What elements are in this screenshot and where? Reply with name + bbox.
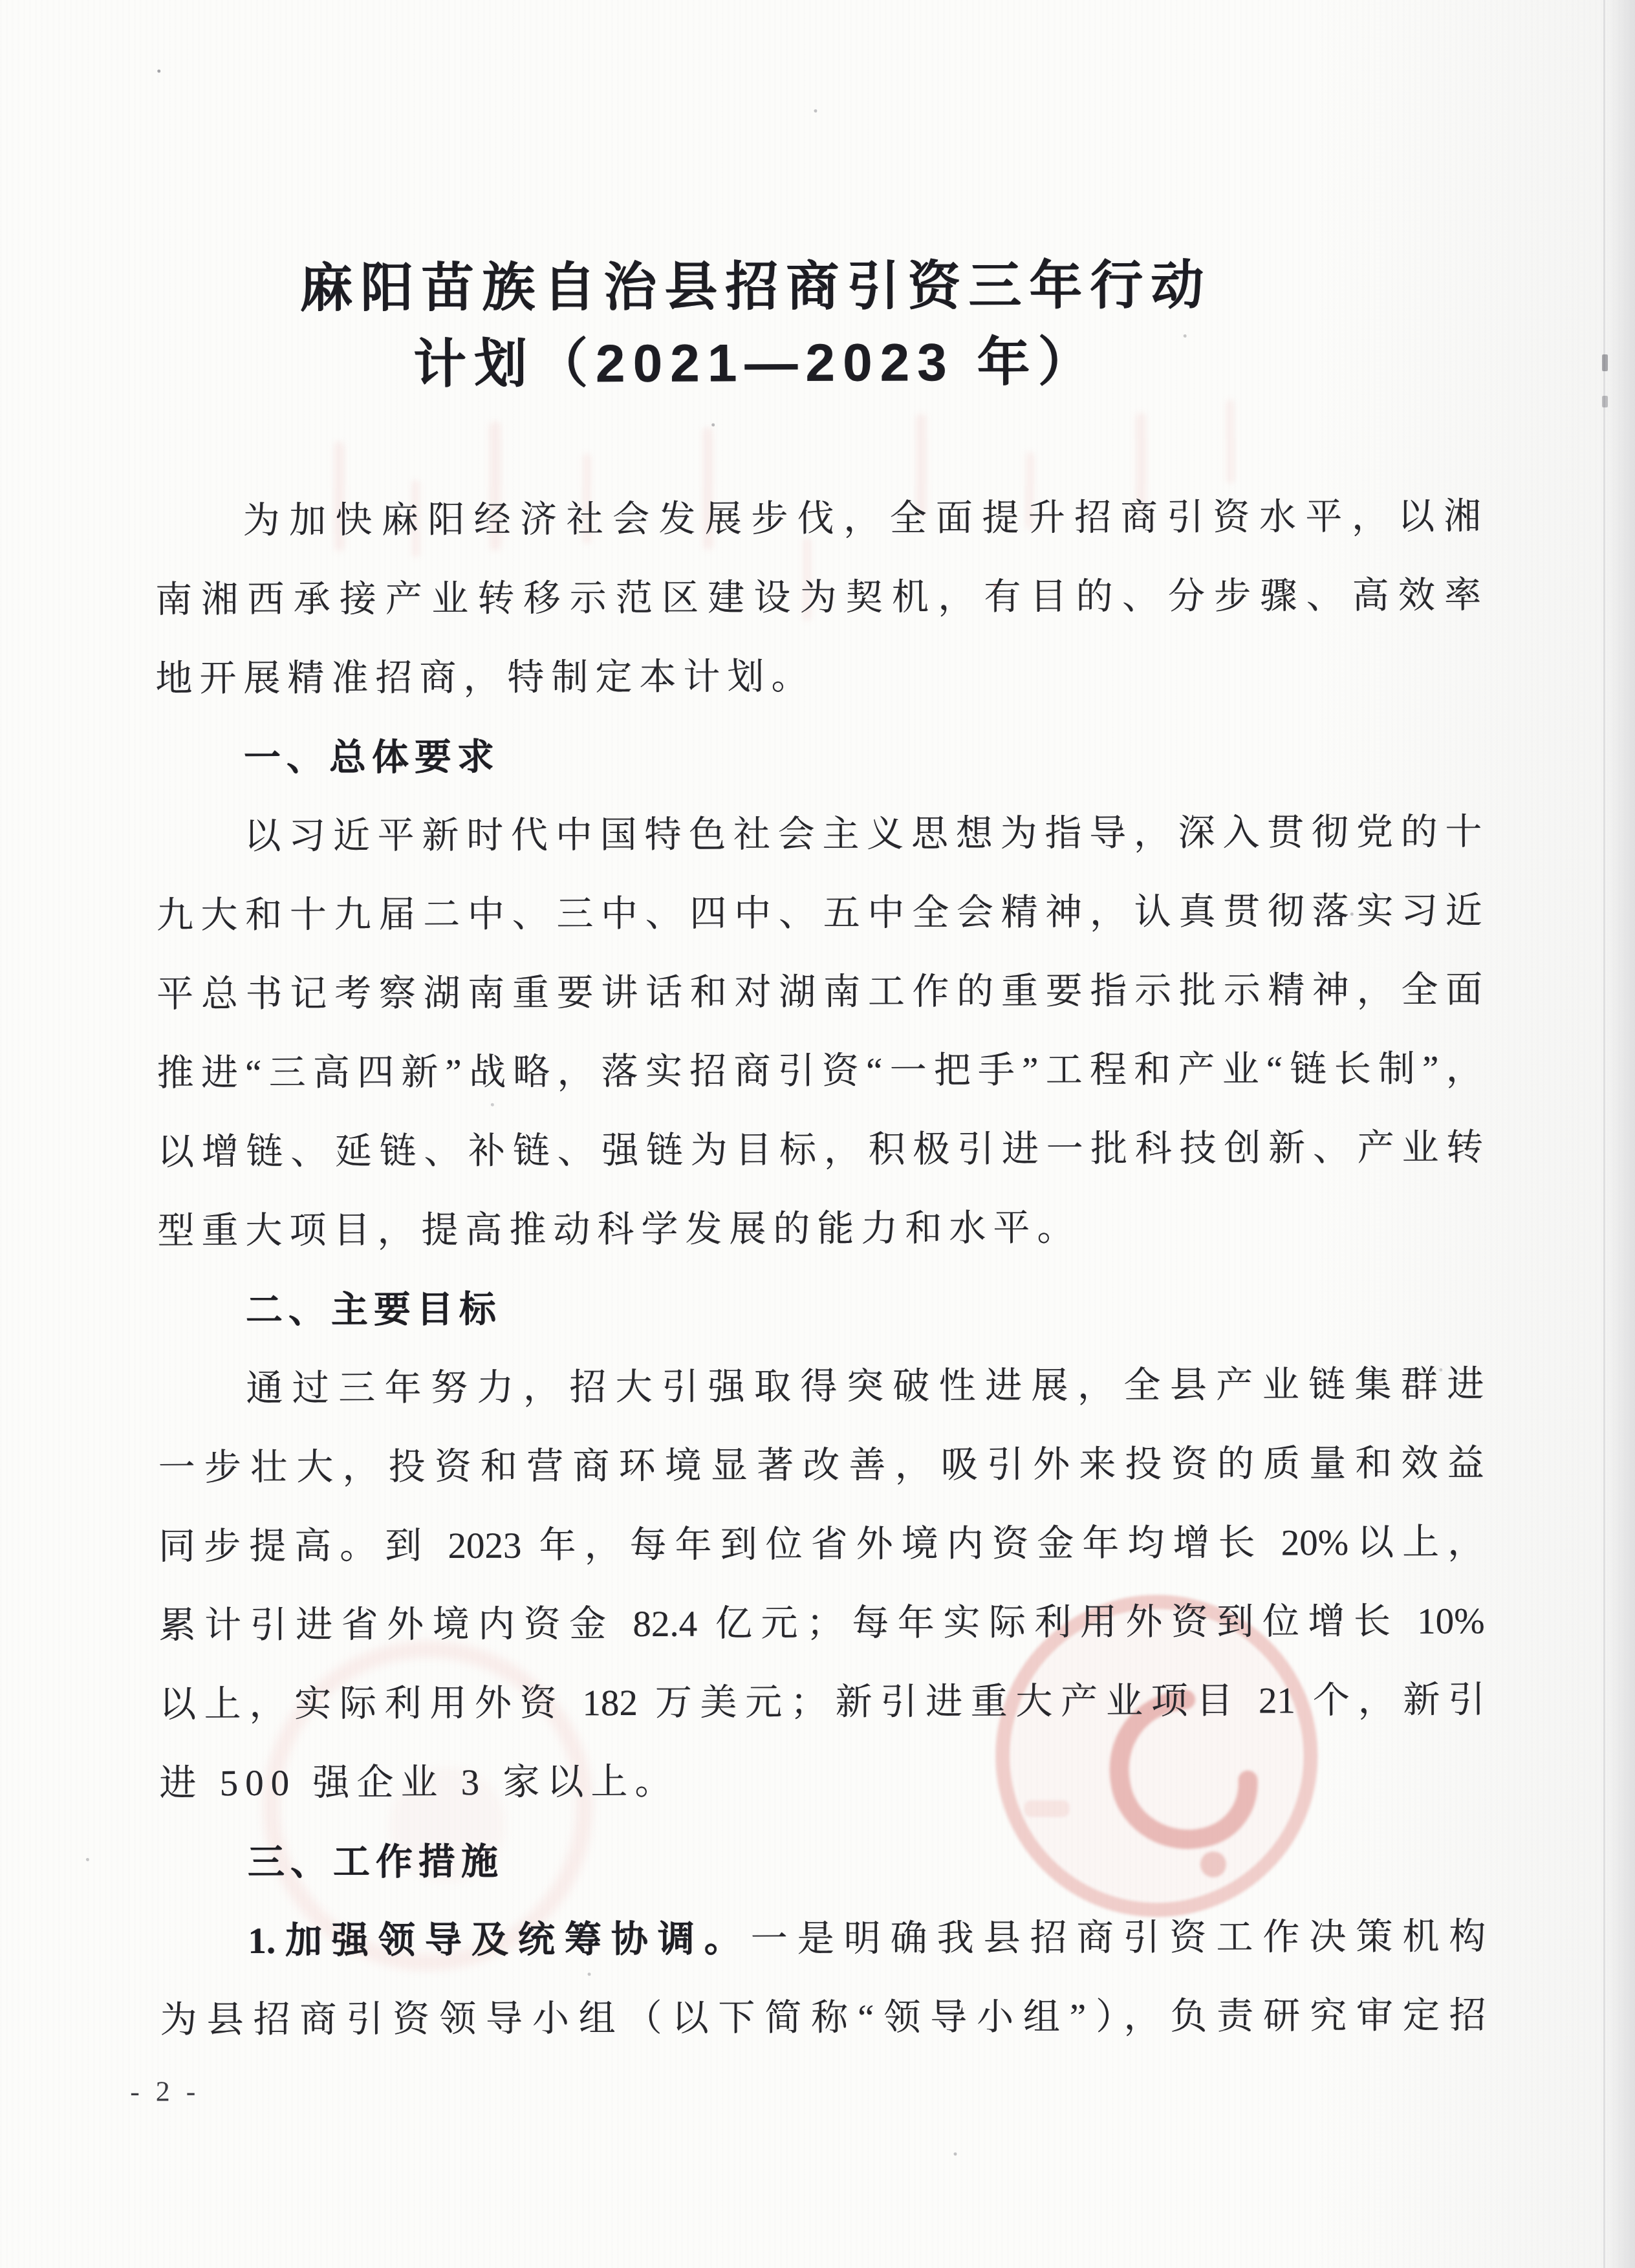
body-line: 平总书记考察湖南重要讲话和对湖南工作的重要指示批示精神，全面 <box>157 951 1482 1034</box>
document-body: 为加快麻阳经济社会发展步伐，全面提升招商引资水平，以湘 南湘西承接产业转移示范区… <box>155 477 1486 2060</box>
body-line: 推进“三高四新”战略，落实招商引资“一把手”工程和产业“链长制”， <box>157 1030 1482 1113</box>
body-line: 一步壮大，投资和营商环境显著改善，吸引外来投资的质量和效益 <box>158 1424 1484 1507</box>
scanned-document-page: 麻阳苗族自治县招商引资三年行动 计划（2021—2023 年） 为加快麻阳经济社… <box>0 0 1635 2268</box>
body-line: 1.加强领导及统筹协调。一是明确我县招商引资工作决策机构 <box>160 1897 1486 1981</box>
paper-sheet: 麻阳苗族自治县招商引资三年行动 计划（2021—2023 年） 为加快麻阳经济社… <box>0 0 1635 2268</box>
title-line-1: 麻阳苗族自治县招商引资三年行动 <box>92 247 1418 328</box>
page-number: - 2 - <box>130 2075 200 2108</box>
page-edge-shadow <box>1605 0 1635 2268</box>
body-line: 通过三年努力，招大引强取得突破性进展，全县产业链集群进 <box>158 1345 1484 1429</box>
body-line: 南湘西承接产业转移示范区建设为契机，有目的、分步骤、高效率 <box>155 556 1481 640</box>
bold-lead-text: 1.加强领导及统筹协调。 <box>248 1919 751 1961</box>
body-line-text: 一是明确我县招商引资工作决策机构 <box>751 1916 1486 1960</box>
body-line: 以增链、延链、补链、强链为目标，积极引进一批科技创新、产业转 <box>157 1108 1483 1192</box>
body-line: 地开展精准招商，特制定本计划。 <box>155 635 1481 718</box>
body-line: 以习近平新时代中国特色社会主义思想为指导，深入贯彻党的十 <box>156 793 1482 876</box>
body-line: 型重大项目，提高推动科学发展的能力和水平。 <box>157 1187 1483 1271</box>
section-heading-2: 二、主要目标 <box>158 1266 1484 1350</box>
body-line: 同步提高。到 2023 年，每年到位省外境内资金年均增长 20%以上， <box>158 1503 1484 1586</box>
body-line: 九大和十九届二中、三中、四中、五中全会精神，认真贯彻落实习近 <box>157 872 1482 955</box>
title-line-2: 计划（2021—2023 年） <box>93 323 1419 404</box>
body-line: 以上，实际利用外资 182 万美元；新引进重大产业项目 21 个，新引 <box>159 1661 1485 1744</box>
body-line: 进 500 强企业 3 家以上。 <box>159 1740 1485 1823</box>
section-heading-3: 三、工作措施 <box>160 1819 1486 1902</box>
body-line: 为县招商引资领导小组（以下简称“领导小组”），负责研究审定招 <box>160 1976 1486 2060</box>
ink-bleed-mark <box>1226 400 1234 484</box>
document-title: 麻阳苗族自治县招商引资三年行动 计划（2021—2023 年） <box>92 247 1419 404</box>
section-heading-1: 一、总体要求 <box>156 714 1482 797</box>
body-line: 累计引进省外境内资金 82.4 亿元；每年实际利用外资到位增长 10% <box>158 1582 1484 1665</box>
body-line: 为加快麻阳经济社会发展步伐，全面提升招商引资水平，以湘 <box>155 477 1480 561</box>
